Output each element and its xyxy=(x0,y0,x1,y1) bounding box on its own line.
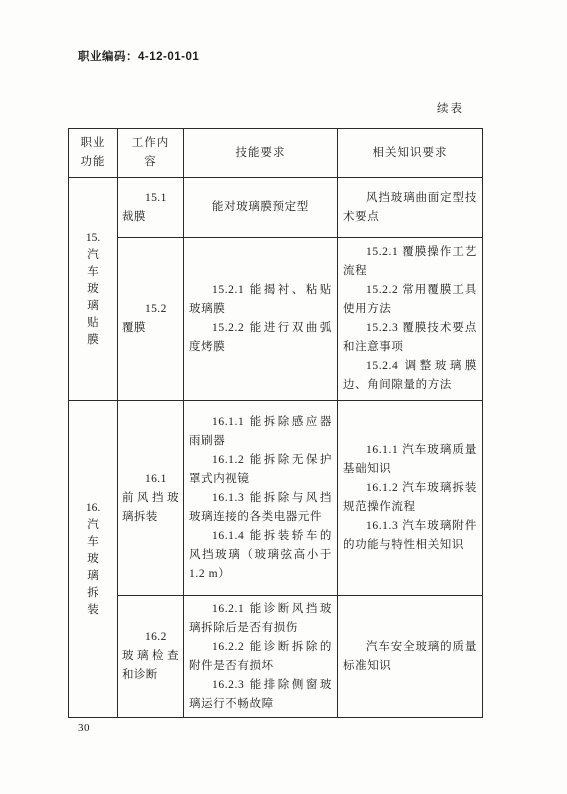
occupation-code-label: 职业编码：4-12-01-01 xyxy=(78,48,199,64)
knowledge-item: 16.1.3 汽车玻璃附件的功能与特性相关知识 xyxy=(343,517,477,555)
occupation-standard-table: 职业功能 工作内容 技能要求 相关知识要求 15. 汽车玻璃贴膜 15.1 裁膜 xyxy=(68,128,483,718)
function-cell-15: 15. 汽车玻璃贴膜 xyxy=(69,178,118,401)
skill-item: 15.2.2 能进行双曲弧度烤膜 xyxy=(189,319,332,357)
skill-item: 16.1.4 能拆装轿车的风挡玻璃（玻璃弦高小于 1.2 m） xyxy=(189,527,332,584)
work-content-15-1: 15.1 裁膜 xyxy=(122,189,179,227)
skill-item: 16.2.3 能排除侧窗玻璃运行不畅故障 xyxy=(189,676,332,714)
skill-item: 16.2.1 能诊断风挡玻璃拆除后是否有损伤 xyxy=(189,600,332,638)
work-content-15-2: 15.2 覆膜 xyxy=(122,300,179,338)
function-16-vertical-text: 16. 汽车玻璃拆装 xyxy=(71,500,115,619)
work-content-cell-15-1: 15.1 裁膜 xyxy=(118,178,184,238)
work-content-cell-16-1: 16.1 前风挡玻璃拆装 xyxy=(118,401,184,596)
function-15-vertical-text: 15. 汽车玻璃贴膜 xyxy=(71,230,115,349)
knowledge-cell-16-1: 16.1.1 汽车玻璃质量基础知识 16.1.2 汽车玻璃拆装规范操作流程 16… xyxy=(338,401,483,596)
skill-item: 16.1.3 能拆除与风挡玻璃连接的各类电器元件 xyxy=(189,489,332,527)
knowledge-item: 风挡玻璃曲面定型技术要点 xyxy=(343,189,477,227)
knowledge-cell-15-2: 15.2.1 覆膜操作工艺流程 15.2.2 常用覆膜工具使用方法 15.2.3… xyxy=(338,238,483,401)
work-content-16-1: 16.1 前风挡玻璃拆装 xyxy=(122,470,179,527)
table-header-row: 职业功能 工作内容 技能要求 相关知识要求 xyxy=(69,129,483,178)
function-16-name: 汽车玻璃拆装 xyxy=(87,517,99,619)
skill-item: 16.1.2 能拆除无保护罩式内视镜 xyxy=(189,451,332,489)
work-content-cell-16-2: 16.2 玻璃检查和诊断 xyxy=(118,596,184,718)
knowledge-cell-15-1: 风挡玻璃曲面定型技术要点 xyxy=(338,178,483,238)
table-row: 15. 汽车玻璃贴膜 15.1 裁膜 能对玻璃膜预定型 风挡玻璃曲面定型技术要点 xyxy=(69,178,483,238)
skill-item: 16.2.2 能诊断拆除的附件是否有损坏 xyxy=(189,638,332,676)
knowledge-item: 15.2.4 调整玻璃膜边、角间隙量的方法 xyxy=(343,357,477,395)
knowledge-item: 16.1.2 汽车玻璃拆装规范操作流程 xyxy=(343,479,477,517)
knowledge-item: 15.2.3 覆膜技术要点和注意事项 xyxy=(343,319,477,357)
table-row: 15.2 覆膜 15.2.1 能揭衬、粘贴玻璃膜 15.2.2 能进行双曲弧度烤… xyxy=(69,238,483,401)
book-page: 职业编码：4-12-01-01 续表 职业功能 工作内容 技能要求 相关知识要求… xyxy=(0,0,567,794)
page-number: 30 xyxy=(78,722,90,734)
work-content-16-2: 16.2 玻璃检查和诊断 xyxy=(122,628,179,685)
skill-cell-16-1: 16.1.1 能拆除感应器雨刷器 16.1.2 能拆除无保护罩式内视镜 16.1… xyxy=(184,401,338,596)
table-row: 16.2 玻璃检查和诊断 16.2.1 能诊断风挡玻璃拆除后是否有损伤 16.2… xyxy=(69,596,483,718)
continued-table-label: 续表 xyxy=(437,100,464,116)
skill-cell-15-2: 15.2.1 能揭衬、粘贴玻璃膜 15.2.2 能进行双曲弧度烤膜 xyxy=(184,238,338,401)
header-skill-requirements: 技能要求 xyxy=(184,129,338,178)
table-row: 16. 汽车玻璃拆装 16.1 前风挡玻璃拆装 16.1.1 能拆除感应器雨刷器… xyxy=(69,401,483,596)
knowledge-item: 汽车安全玻璃的质量标准知识 xyxy=(343,638,477,676)
skill-item: 能对玻璃膜预定型 xyxy=(189,198,332,217)
header-knowledge-requirements: 相关知识要求 xyxy=(338,129,483,178)
skill-item: 16.1.1 能拆除感应器雨刷器 xyxy=(189,413,332,451)
skill-cell-15-1: 能对玻璃膜预定型 xyxy=(184,178,338,238)
knowledge-item: 15.2.1 覆膜操作工艺流程 xyxy=(343,243,477,281)
header-work-content: 工作内容 xyxy=(118,129,184,178)
function-15-name: 汽车玻璃贴膜 xyxy=(87,247,99,349)
header-occupation-function: 职业功能 xyxy=(69,129,118,178)
skill-cell-16-2: 16.2.1 能诊断风挡玻璃拆除后是否有损伤 16.2.2 能诊断拆除的附件是否… xyxy=(184,596,338,718)
function-cell-16: 16. 汽车玻璃拆装 xyxy=(69,401,118,718)
knowledge-item: 16.1.1 汽车玻璃质量基础知识 xyxy=(343,441,477,479)
knowledge-cell-16-2: 汽车安全玻璃的质量标准知识 xyxy=(338,596,483,718)
work-content-cell-15-2: 15.2 覆膜 xyxy=(118,238,184,401)
skill-item: 15.2.1 能揭衬、粘贴玻璃膜 xyxy=(189,281,332,319)
function-15-number: 15. xyxy=(86,230,100,247)
knowledge-item: 15.2.2 常用覆膜工具使用方法 xyxy=(343,281,477,319)
function-16-number: 16. xyxy=(86,500,100,517)
